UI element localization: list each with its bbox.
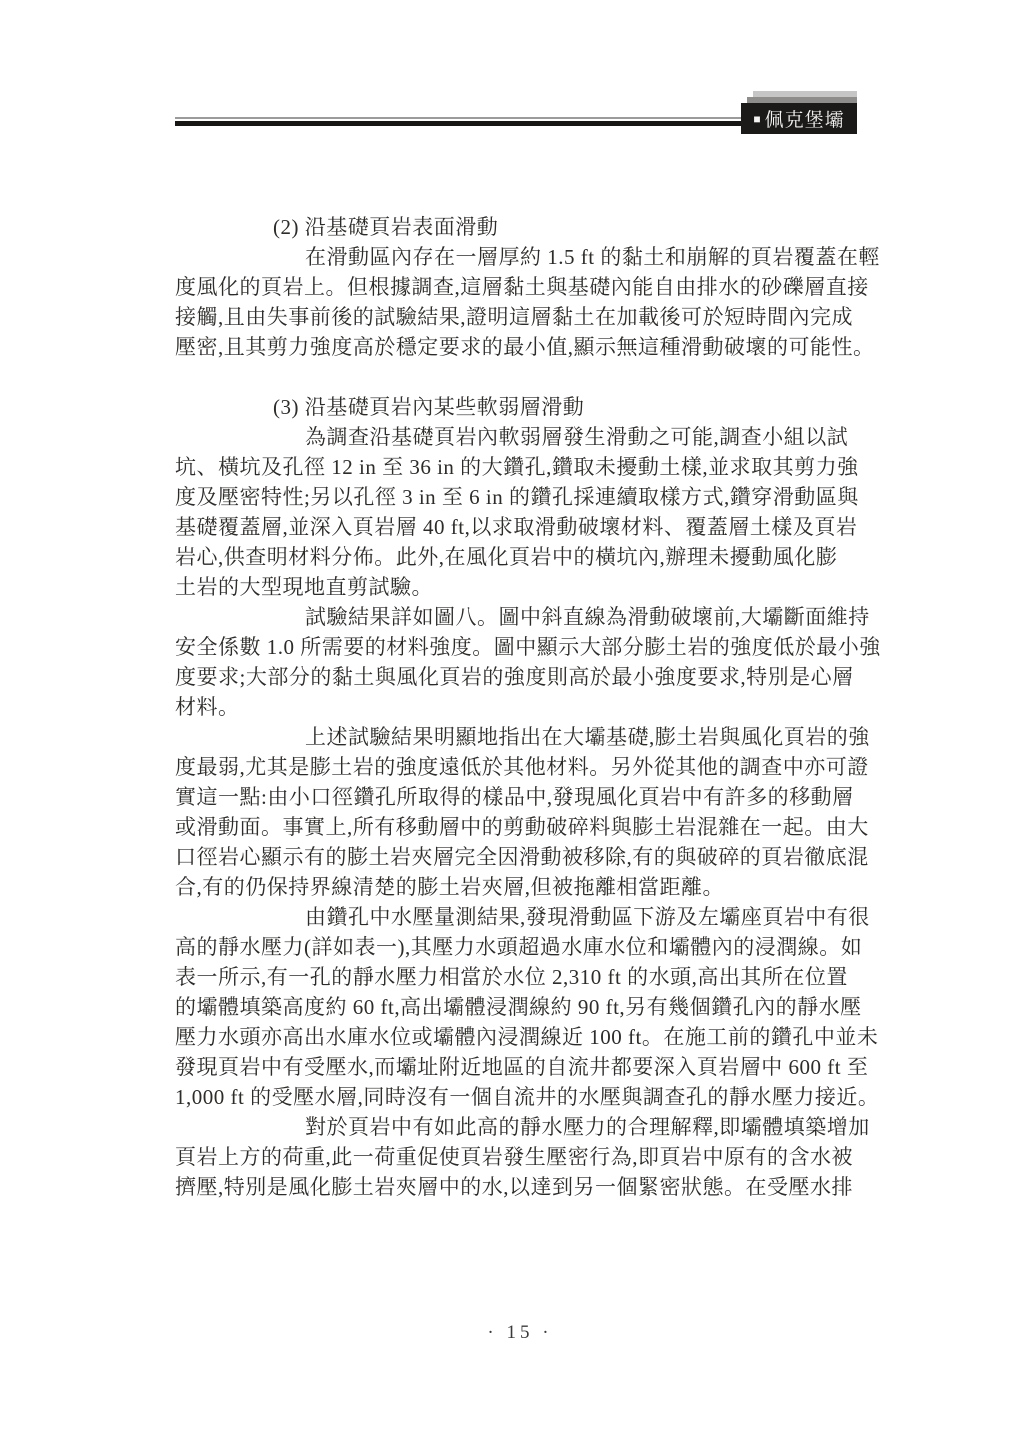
text-line: 壓力水頭亦高出水庫水位或壩體內浸潤線近 100 ft。在施工前的鑽孔中並未: [175, 1022, 865, 1052]
text-line: 合,有的仍保持界線清楚的膨土岩夾層,但被拖離相當距離。: [175, 872, 865, 902]
text-line: 由鑽孔中水壓量測結果,發現滑動區下游及左壩座頁岩中有很: [175, 902, 865, 932]
text-line: 表一所示,有一孔的靜水壓力相當於水位 2,310 ft 的水頭,高出其所在位置: [175, 962, 865, 992]
text-line: 實這一點:由小口徑鑽孔所取得的樣品中,發現風化頁岩中有許多的移動層: [175, 782, 865, 812]
text-line: 的壩體填築高度約 60 ft,高出壩體浸潤線約 90 ft,另有幾個鑽孔內的靜水…: [175, 992, 865, 1022]
chapter-tab-label: 佩克堡壩: [765, 105, 845, 132]
text-line: 發現頁岩中有受壓水,而壩址附近地區的自流井都要深入頁岩層中 600 ft 至: [175, 1052, 865, 1082]
page-footer: · 15 ·: [175, 1322, 865, 1344]
page-number: · 15 ·: [487, 1322, 552, 1343]
text-line: 在滑動區內存在一層厚約 1.5 ft 的黏土和崩解的頁岩覆蓋在輕: [175, 242, 865, 272]
body-text: (2) 沿基礎頁岩表面滑動在滑動區內存在一層厚約 1.5 ft 的黏土和崩解的頁…: [175, 212, 865, 1202]
text-line: 岩心,供查明材料分佈。此外,在風化頁岩中的橫坑內,辦理未擾動風化膨: [175, 542, 865, 572]
section-heading: (3) 沿基礎頁岩內某些軟弱層滑動: [175, 392, 865, 422]
header-rule-thin-line: [175, 117, 747, 119]
text-line: 度要求;大部分的黏土與風化頁岩的強度則高於最小強度要求,特別是心層: [175, 662, 865, 692]
text-line: 土岩的大型現地直剪試驗。: [175, 572, 865, 602]
text-line: [175, 362, 865, 392]
text-line: 試驗結果詳如圖八。圖中斜直線為滑動破壞前,大壩斷面維持: [175, 602, 865, 632]
text-line: 度風化的頁岩上。但根據調查,這層黏土與基礎內能自由排水的砂礫層直接: [175, 272, 865, 302]
text-line: 材料。: [175, 692, 865, 722]
text-line: 對於頁岩中有如此高的靜水壓力的合理解釋,即壩體填築增加: [175, 1112, 865, 1142]
square-bullet-icon: ■: [753, 113, 761, 125]
chapter-tab-box: ■ 佩克堡壩: [741, 103, 857, 134]
section-heading: (2) 沿基礎頁岩表面滑動: [175, 212, 865, 242]
text-line: 基礎覆蓋層,並深入頁岩層 40 ft,以求取滑動破壞材料、覆蓋層土樣及頁岩: [175, 512, 865, 542]
header-rule-thick-line: [175, 121, 747, 126]
text-line: 安全係數 1.0 所需要的材料強度。圖中顯示大部分膨土岩的強度低於最小強: [175, 632, 865, 662]
text-line: 或滑動面。事實上,所有移動層中的剪動破碎料與膨土岩混雜在一起。由大: [175, 812, 865, 842]
text-line: 度最弱,尤其是膨土岩的強度遠低於其他材料。另外從其他的調查中亦可證: [175, 752, 865, 782]
text-line: 頁岩上方的荷重,此一荷重促使頁岩發生壓密行為,即頁岩中原有的含水被: [175, 1142, 865, 1172]
header-rule: [175, 117, 747, 126]
text-line: 高的靜水壓力(詳如表一),其壓力水頭超過水庫水位和壩體內的浸潤線。如: [175, 932, 865, 962]
chapter-tab: ■ 佩克堡壩: [741, 103, 857, 134]
text-line: 坑、橫坑及孔徑 12 in 至 36 in 的大鑽孔,鑽取未擾動土樣,並求取其剪…: [175, 452, 865, 482]
text-line: 接觸,且由失事前後的試驗結果,證明這層黏土在加載後可於短時間內完成: [175, 302, 865, 332]
text-line: 口徑岩心顯示有的膨土岩夾層完全因滑動被移除,有的與破碎的頁岩徹底混: [175, 842, 865, 872]
text-line: 擠壓,特別是風化膨土岩夾層中的水,以達到另一個緊密狀態。在受壓水排: [175, 1172, 865, 1202]
text-line: 1,000 ft 的受壓水層,同時沒有一個自流井的水壓與調查孔的靜水壓力接近。: [175, 1082, 865, 1112]
document-page: ■ 佩克堡壩 (2) 沿基礎頁岩表面滑動在滑動區內存在一層厚約 1.5 ft 的…: [0, 0, 1024, 1437]
text-line: 度及壓密特性;另以孔徑 3 in 至 6 in 的鑽孔採連續取樣方式,鑽穿滑動區…: [175, 482, 865, 512]
text-line: 上述試驗結果明顯地指出在大壩基礎,膨土岩與風化頁岩的強: [175, 722, 865, 752]
text-line: 壓密,且其剪力強度高於穩定要求的最小值,顯示無這種滑動破壞的可能性。: [175, 332, 865, 362]
text-line: 為調查沿基礎頁岩內軟弱層發生滑動之可能,調查小組以試: [175, 422, 865, 452]
